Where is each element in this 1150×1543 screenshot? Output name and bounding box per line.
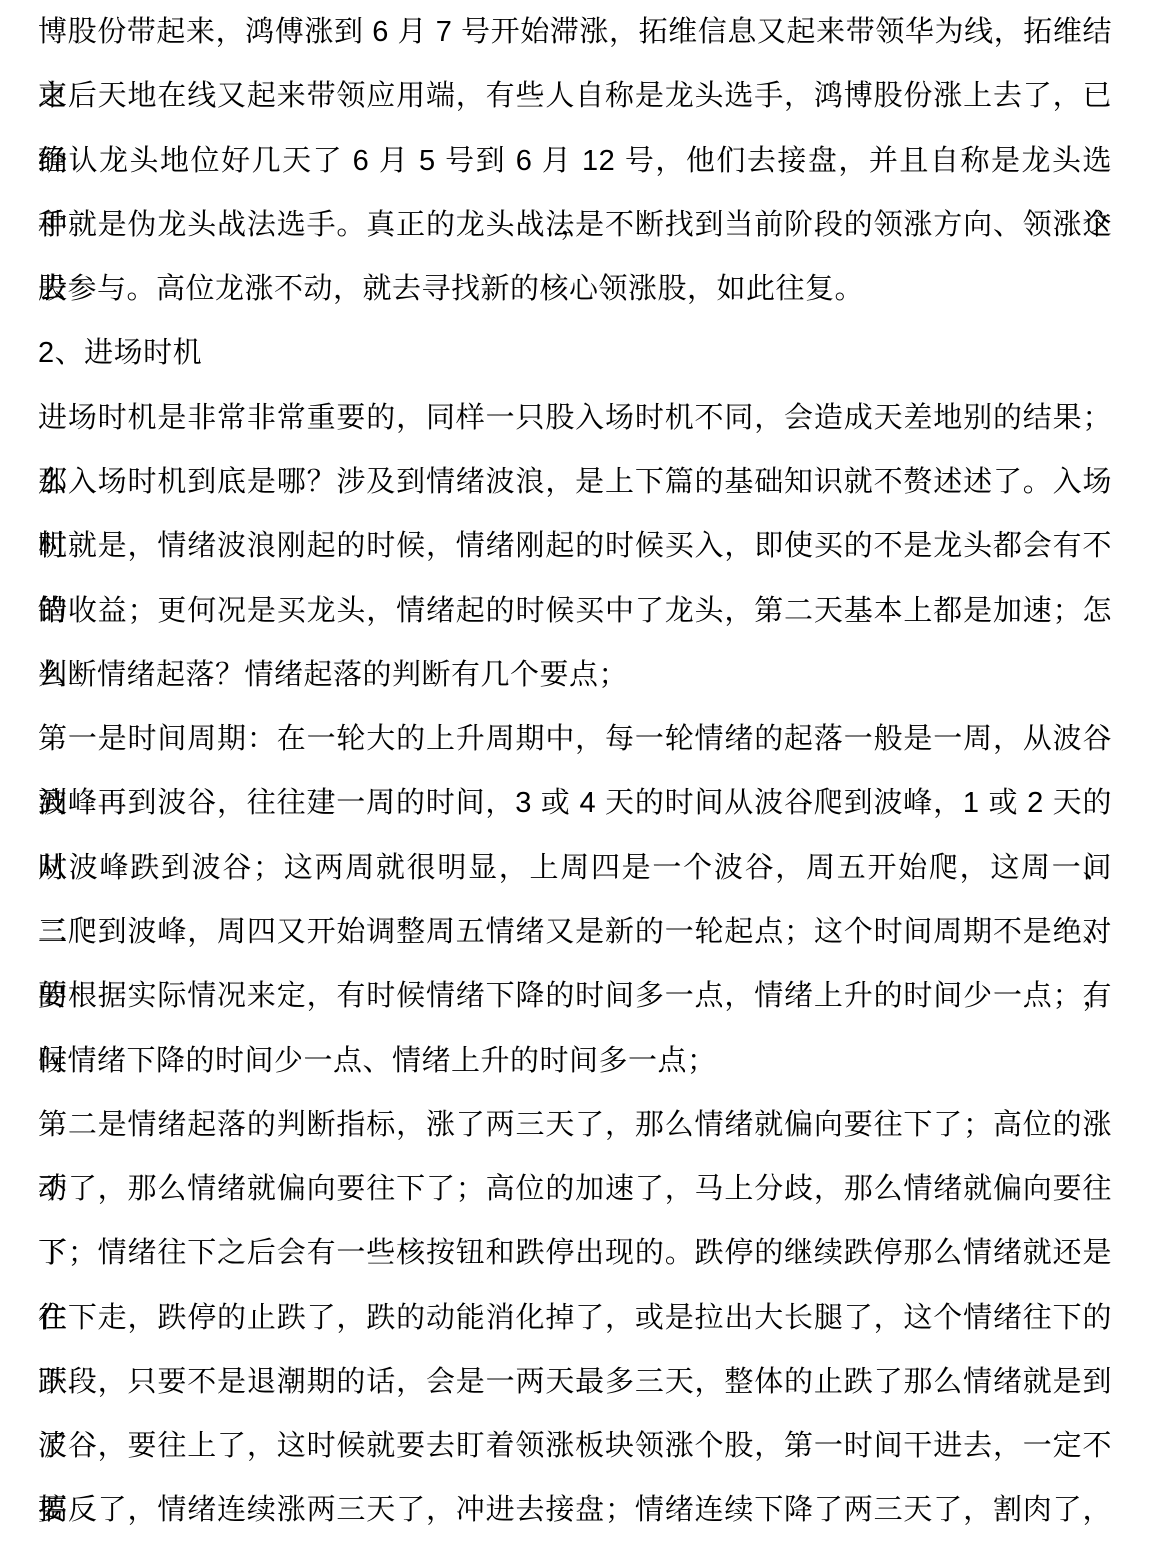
text-line: 机就是，情绪波浪刚起的时候，情绪刚起的时候买入，即使买的不是龙头都会有不错 — [38, 514, 1112, 578]
text-line: 动了，那么情绪就偏向要往下了；高位的加速了，马上分歧，那么情绪就偏向要往下 — [38, 1157, 1112, 1221]
text-line: 博股份带起来，鸿傅涨到 6 月 7 号开始滞涨，拓维信息又起来带领华为线，拓维结… — [38, 0, 1112, 64]
text-line: 跌段，只要不是退潮期的话，会是一两天最多三天，整体的止跌了那么情绪就是到了 — [38, 1350, 1112, 1414]
document-page: 博股份带起来，鸿傅涨到 6 月 7 号开始滞涨，拓维信息又起来带领华为线，拓维结… — [0, 0, 1150, 1543]
section-heading: 2、进场时机 — [38, 321, 1112, 385]
text-line: 要根据实际情况来定，有时候情绪下降的时间多一点，情绪上升的时间少一点；有时 — [38, 964, 1112, 1028]
text-line: 之后天地在线又起来带领应用端，有些人自称是龙头选手，鸿博股份涨上去了，已经 — [38, 64, 1112, 128]
text-line: 了；情绪往下之后会有一些核按钮和跌停出现的。跌停的继续跌停那么情绪就还是在 — [38, 1221, 1112, 1285]
text-line: 么入场时机到底是哪？涉及到情绪波浪，是上下篇的基础知识就不赘述述了。入场时 — [38, 450, 1112, 514]
text-line: 判断情绪起落？情绪起落的判断有几个要点； — [38, 643, 1112, 707]
text-line: 确认龙头地位好几天了 6 月 5 号到 6 月 12 号，他们去接盘，并且自称是… — [38, 129, 1112, 193]
text-line: 去参与。高位龙涨不动，就去寻找新的核心领涨股，如此往复。 — [38, 257, 1112, 321]
text-line: 候情绪下降的时间少一点、情绪上升的时间多一点； — [38, 1029, 1112, 1093]
text-line: 进场时机是非常非常重要的，同样一只股入场时机不同，会造成天差地别的结果；那 — [38, 386, 1112, 450]
text-line: 第一是时间周期：在一轮大的上升周期中，每一轮情绪的起落一般是一周，从波谷到 — [38, 707, 1112, 771]
text-line: 往下走，跌停的止跌了，跌的动能消化掉了，或是拉出大长腿了，这个情绪往下的下 — [38, 1286, 1112, 1350]
text-line: 的收益；更何况是买龙头，情绪起的时候买中了龙头，第二天基本上都是加速；怎么 — [38, 579, 1112, 643]
text-line: 种就是伪龙头战法选手。真正的龙头战法是不断找到当前阶段的领涨方向、领涨个股 — [38, 193, 1112, 257]
text-line: 第二是情绪起落的判断指标，涨了两三天了，那么情绪就偏向要往下了；高位的涨不 — [38, 1093, 1112, 1157]
text-line: 搞反了，情绪连续涨两三天了，冲进去接盘；情绪连续下降了两三天了，割肉了，然 — [38, 1478, 1112, 1542]
text-line: 波峰再到波谷，往往建一周的时间，3 或 4 天的时间从波谷爬到波峰，1 或 2 … — [38, 771, 1112, 835]
text-line: 三爬到波峰，周四又开始调整周五情绪又是新的一轮起点；这个时间周期不是绝对的， — [38, 900, 1112, 964]
text-line: 波谷，要往上了，这时候就要去盯着领涨板块领涨个股，第一时间干进去，一定不要 — [38, 1414, 1112, 1478]
text-line: 从波峰跌到波谷；这两周就很明显，上周四是一个波谷，周五开始爬，这周一、二、 — [38, 836, 1112, 900]
